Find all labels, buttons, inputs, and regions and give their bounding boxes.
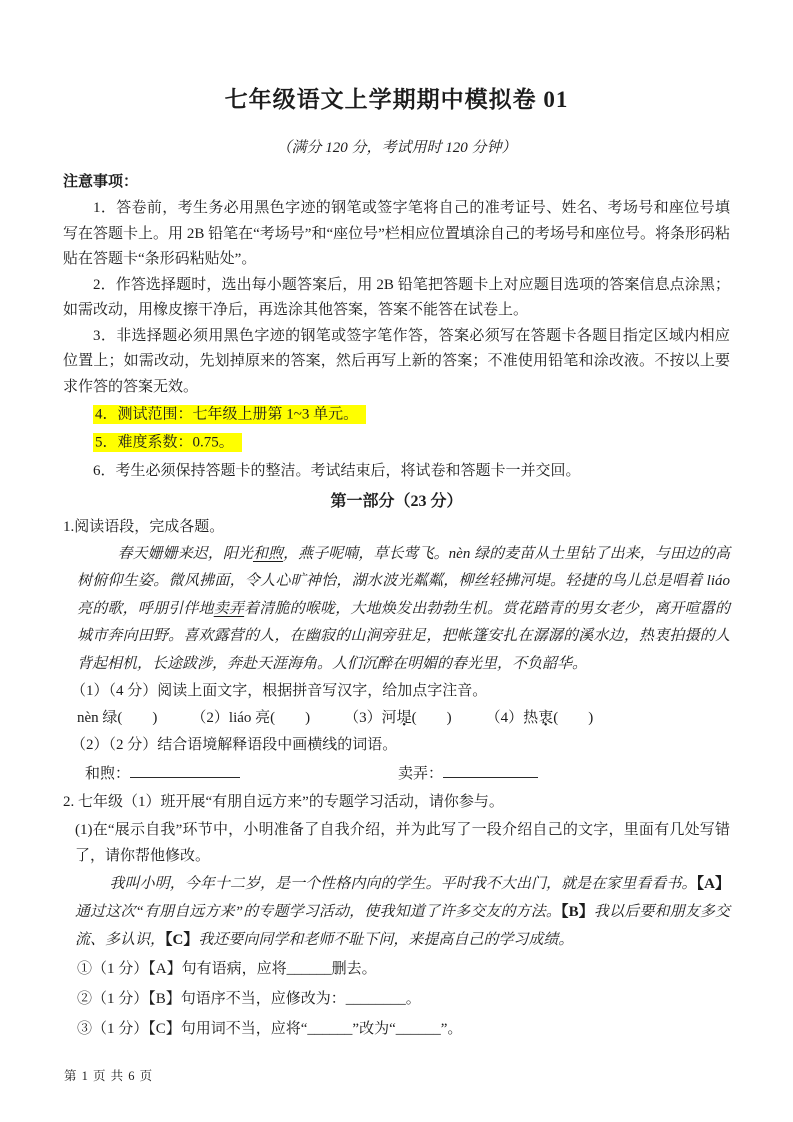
q2-stem: 2. 七年级（1）班开展“有朋自远方来”的专题学习活动，请你参与。 — [63, 790, 730, 816]
page-footer: 第 1 页 共 6 页 — [64, 1066, 153, 1084]
notice-item-5: 5．难度系数：0.75。 — [63, 431, 730, 457]
notice-item-1: 1．答卷前，考生务必用黑色字迹的钢笔或签字笔将自己的准考证号、姓名、考场号和座位… — [63, 196, 730, 273]
pinyin-item-2: （2）liáo 亮( ) — [191, 710, 310, 726]
notice-item-4-highlight: 4．测试范围：七年级上册第 1~3 单元。 — [93, 405, 366, 424]
notice-item-4: 4．测试范围：七年级上册第 1~3 单元。 — [63, 403, 730, 429]
pinyin-item-4-pre: （4）热 — [486, 710, 539, 726]
section-one-heading: 第一部分（23 分） — [63, 489, 730, 515]
marker-a: 【A】 — [697, 876, 730, 892]
question-1: 1.阅读语段，完成各题。 春天姗姗来迟，阳光和煦，燕子呢喃，草长莺飞。nèn 绿… — [63, 515, 730, 788]
dotted-char-zhong: 衷 — [538, 705, 553, 732]
marker-c: 【C】 — [165, 932, 198, 948]
pinyin-item-3-post: ( ) — [412, 710, 452, 726]
marker-b: 【B】 — [561, 904, 594, 920]
q1-stem: 1.阅读语段，完成各题。 — [63, 515, 730, 541]
pinyin-item-4: （4）热衷( ) — [486, 710, 594, 726]
q1-passage: 春天姗姗来迟，阳光和煦，燕子呢喃，草长莺飞。nèn 绿的麦苗从土里钻了出来，与田… — [77, 541, 730, 679]
q1-sub2-blanks: 和煦：卖弄： — [85, 760, 730, 788]
notice-item-5-highlight: 5．难度系数：0.75。 — [93, 433, 242, 452]
notices-heading: 注意事项： — [63, 170, 730, 195]
pinyin-item-4-post: ( ) — [553, 710, 593, 726]
pinyin-item-1: nèn 绿( ) — [77, 710, 157, 726]
notice-item-3: 3．非选择题必须用黑色字迹的钢笔或签字笔作答，答案必须写在答题卡各题目指定区域内… — [63, 324, 730, 401]
question-2: 2. 七年级（1）班开展“有朋自远方来”的专题学习活动，请你参与。 (1)在“展… — [63, 790, 730, 1044]
exam-title: 七年级语文上学期期中模拟卷 01 — [63, 84, 730, 116]
q2-passage: 我叫小明，今年十二岁，是一个性格内向的学生。平时我不大出门，就是在家里看看书。【… — [75, 870, 730, 954]
exam-subtitle: （满分 120 分，考试用时 120 分钟） — [63, 137, 730, 159]
pinyin-item-3-pre: （3）河 — [344, 710, 397, 726]
q1-sub1-answer-line: nèn 绿( )（2）liáo 亮( )（3）河堤( )（4）热衷( ) — [77, 705, 730, 732]
notices-section: 注意事项： 1．答卷前，考生务必用黑色字迹的钢笔或签字笔将自己的准考证号、姓名、… — [63, 170, 730, 484]
mainong-label: 卖弄： — [398, 766, 443, 782]
document-page: 七年级语文上学期期中模拟卷 01 （满分 120 分，考试用时 120 分钟） … — [0, 0, 793, 1122]
notice-item-6: 6．考生必须保持答题卡的整洁。考试结束后，将试卷和答题卡一并交回。 — [63, 459, 730, 485]
dotted-char-di: 堤 — [397, 705, 412, 732]
pinyin-item-3: （3）河堤( ) — [344, 710, 452, 726]
q2-edit-2: ②（1 分）【B】句语序不当，应修改为：________。 — [77, 984, 730, 1014]
underlined-word-mainong: 卖弄 — [214, 601, 244, 617]
hexu-label: 和煦： — [85, 766, 130, 782]
q2-passage-seg1: 我叫小明，今年十二岁，是一个性格内向的学生。平时我不大出门，就是在家里看看书。 — [110, 876, 697, 892]
q2-sub1-intro: (1)在“展示自我”环节中，小明准备了自我介绍，并为此写了一段介绍自己的文字，里… — [75, 817, 730, 869]
q1-passage-seg1: 春天姗姗来迟，阳光 — [118, 546, 253, 562]
q1-sub2-prompt: （2）（2 分）结合语境解释语段中画横线的词语。 — [71, 732, 730, 759]
page-content: 七年级语文上学期期中模拟卷 01 （满分 120 分，考试用时 120 分钟） … — [0, 0, 793, 1044]
hexu-blank-line — [130, 762, 240, 778]
notice-item-2: 2．作答选择题时，选出每小题答案后，用 2B 铅笔把答题卡上对应题目选项的答案信… — [63, 273, 730, 324]
q2-passage-seg4: 我还要向同学和老师不耻下问，来提高自己的学习成绩。 — [198, 932, 573, 948]
q2-edit-3: ③（1 分）【C】句用词不当，应将“______”改为“______”。 — [77, 1014, 730, 1044]
mainong-blank-line — [443, 762, 538, 778]
q1-sub1-prompt: （1）（4 分）阅读上面文字，根据拼音写汉字，给加点字注音。 — [71, 678, 730, 705]
q2-passage-seg2: 通过这次“有朋自远方来”的专题学习活动，使我知道了许多交友的方法。 — [75, 904, 561, 920]
underlined-word-hexu: 和煦 — [253, 546, 283, 562]
q2-edit-1: ①（1 分）【A】句有语病，应将______删去。 — [77, 954, 730, 984]
